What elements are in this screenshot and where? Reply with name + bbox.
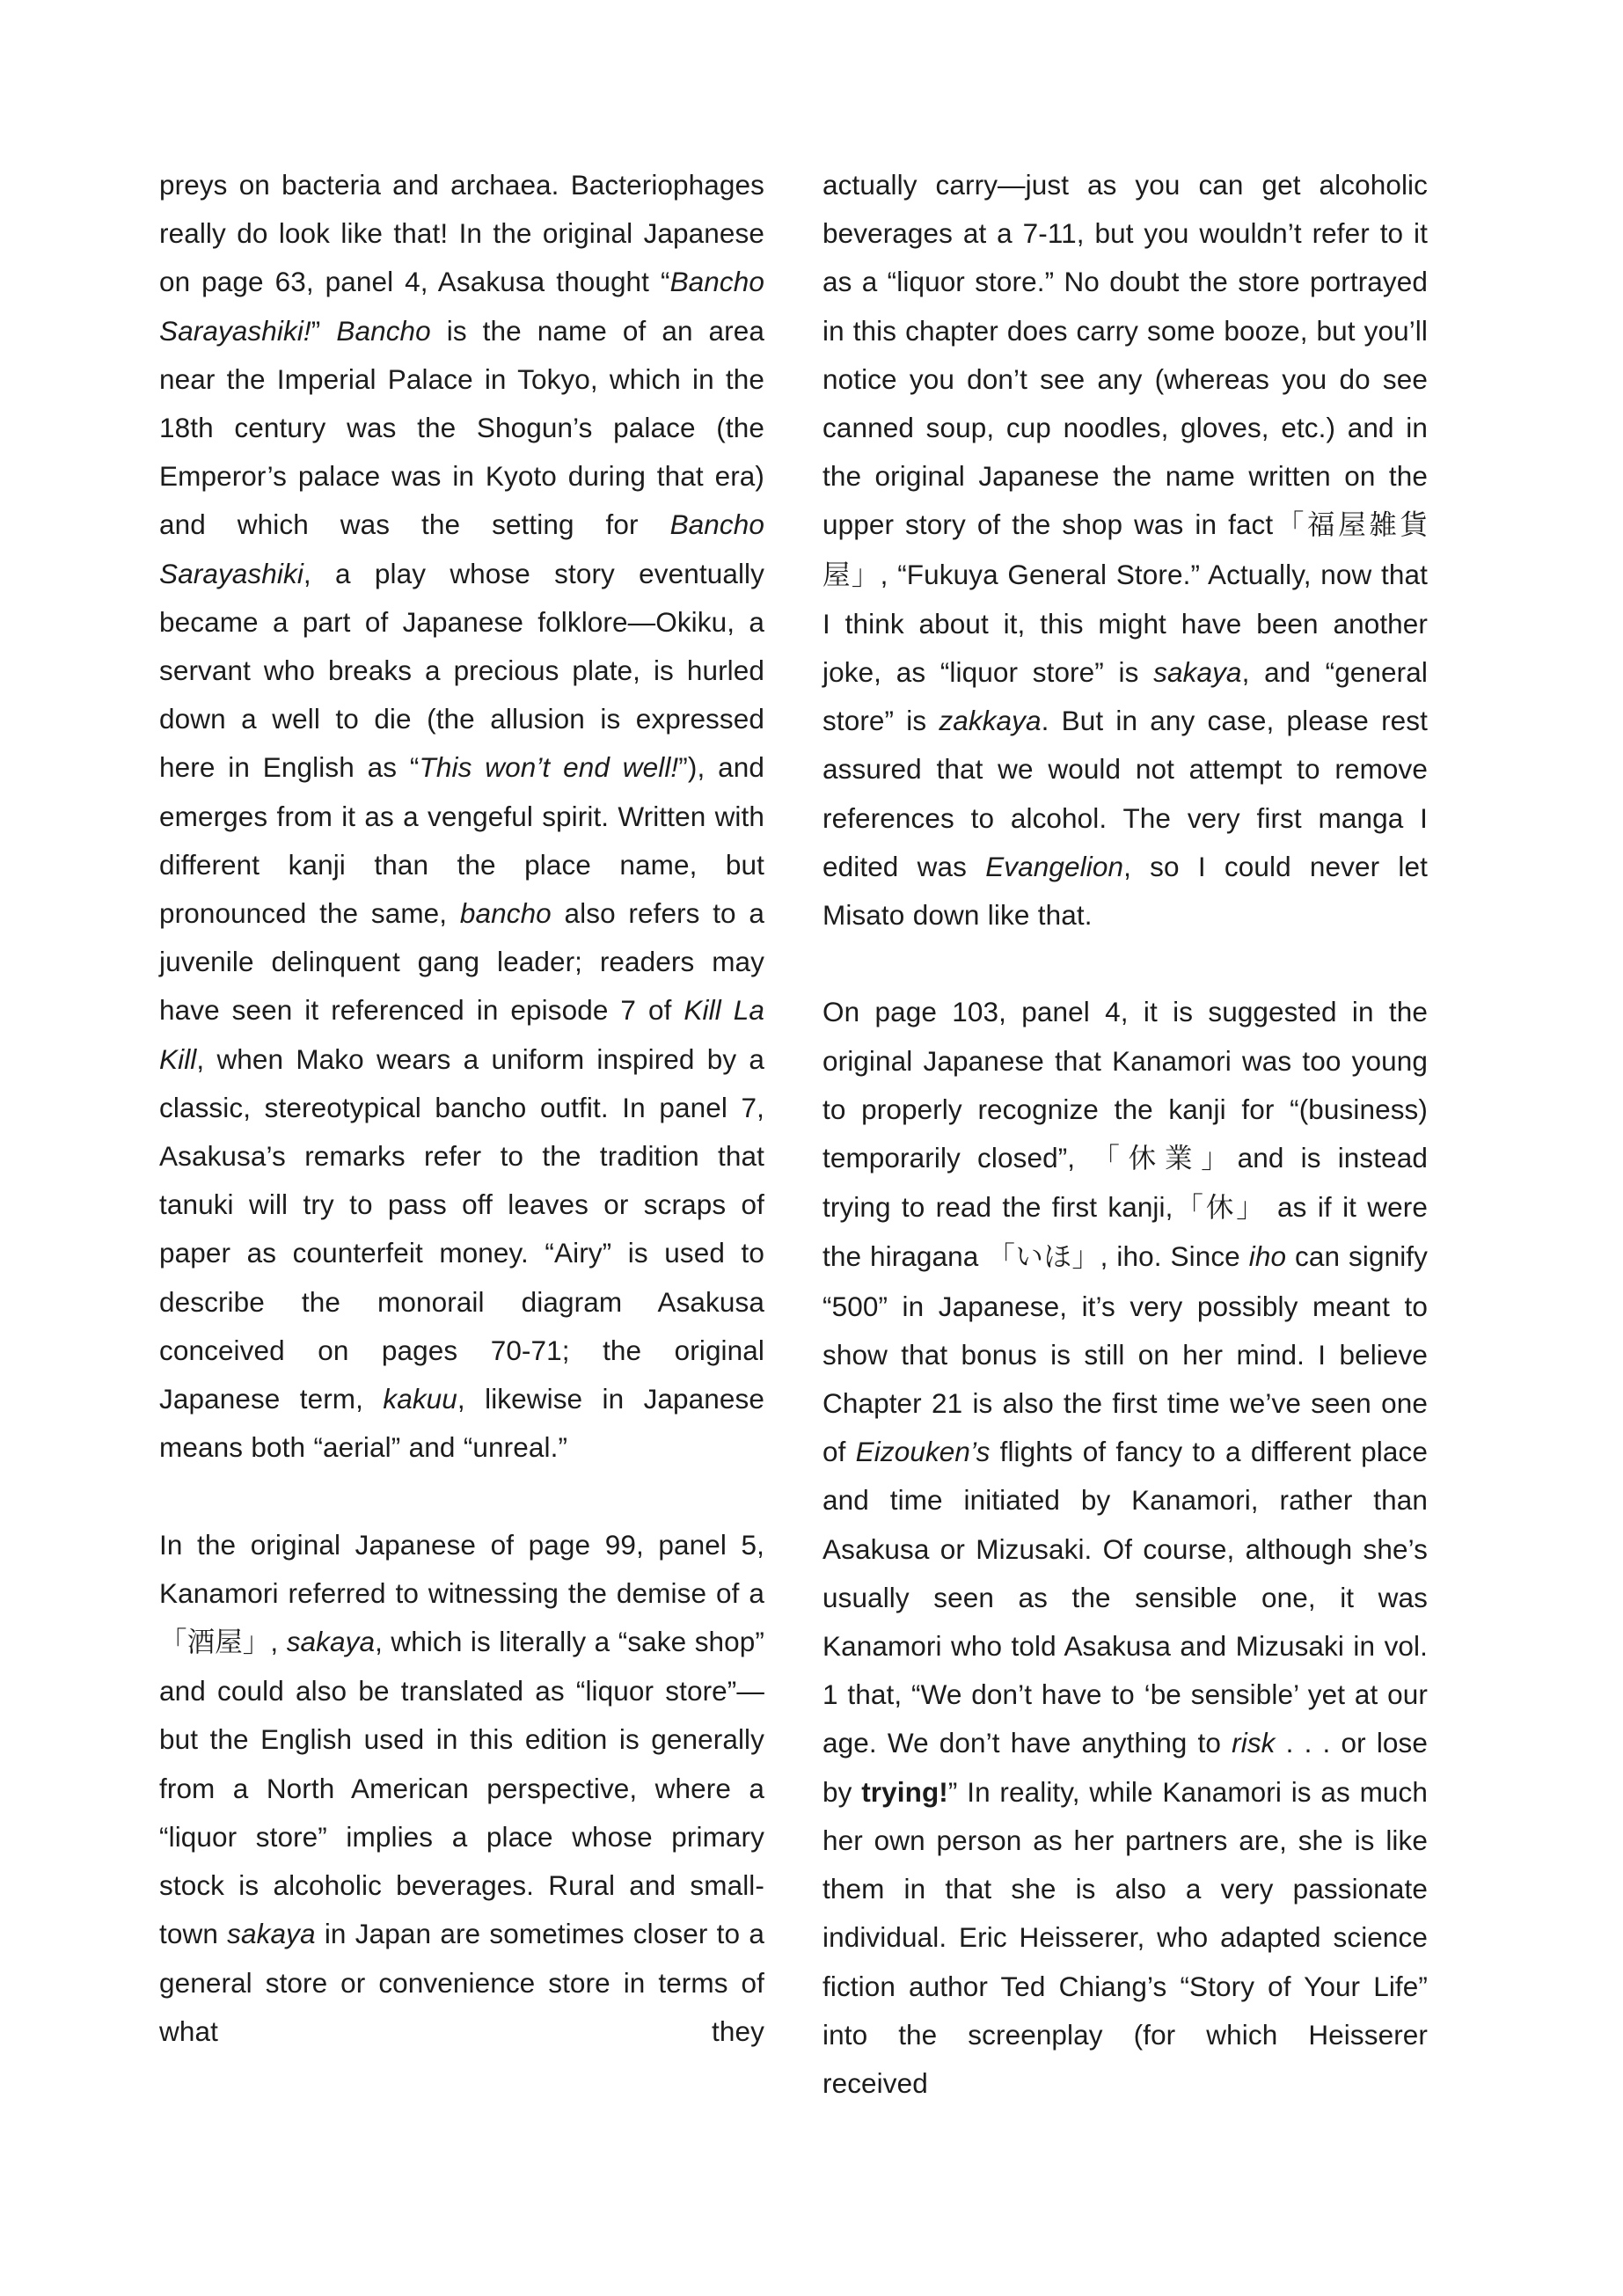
text-segment: , a play whose story eventually became a…	[159, 558, 764, 784]
text-segment: ” In reality, while Kanamori is as much …	[822, 1776, 1428, 2099]
italic-term-sakaya: sakaya	[287, 1626, 375, 1657]
text-segment: In the original Japanese of page 99, pan…	[159, 1529, 764, 1609]
italic-term-bancho: Bancho	[336, 315, 430, 347]
document-page: preys on bacteria and archaea. Bacteriop…	[0, 0, 1623, 2296]
italic-term-bancho-lower: bancho	[460, 897, 552, 929]
text-segment: is the name of an area near the Imperial…	[159, 315, 764, 541]
italic-title-evangelion: Evangelion	[985, 851, 1123, 882]
japanese-text-iho-hiragana: 「いほ」	[987, 1241, 1100, 1273]
paragraph-sakaya-notes: In the original Japanese of page 99, pan…	[159, 1521, 764, 2056]
japanese-text-sakaya-kanji: 「酒屋」	[159, 1627, 270, 1658]
italic-term-sakaya-2: sakaya	[227, 1918, 315, 1949]
text-segment: , iho. Since	[1100, 1240, 1249, 1272]
italic-word-risk: risk	[1232, 1727, 1275, 1759]
text-segment: actually carry—just as you can get alcoh…	[822, 169, 1428, 540]
italic-term-iho: iho	[1249, 1240, 1286, 1272]
paragraph-fukuya-general-store-notes: actually carry—just as you can get alcoh…	[822, 161, 1428, 940]
italic-term-zakkaya: zakkaya	[939, 705, 1041, 736]
left-column: preys on bacteria and archaea. Bacteriop…	[159, 161, 764, 2056]
italic-quote-this-wont-end-well: This won’t end well!	[420, 751, 679, 783]
text-segment: ,	[270, 1626, 286, 1657]
right-column: actually carry—just as you can get alcoh…	[822, 161, 1428, 2108]
paragraph-bacteriophage-bancho-notes: preys on bacteria and archaea. Bacteriop…	[159, 161, 764, 1472]
japanese-text-kyuugyou: 「休業」	[1092, 1143, 1237, 1174]
text-segment: ”	[311, 315, 337, 347]
text-segment: , which is literally a “sake shop” and c…	[159, 1626, 764, 1949]
italic-term-kakuu: kakuu	[383, 1383, 457, 1415]
text-segment: , when Mako wears a uniform inspired by …	[159, 1043, 764, 1415]
paragraph-kyuugyou-kanamori-notes: On page 103, panel 4, it is suggested in…	[822, 988, 1428, 2108]
text-segment: can signify “500” in Japanese, it’s very…	[822, 1240, 1428, 1467]
italic-title-eizouken: Eizouken’s	[856, 1436, 991, 1467]
japanese-text-kyuu: 「休」	[1173, 1192, 1266, 1224]
text-segment: flights of fancy to a different place an…	[822, 1436, 1428, 1759]
italic-term-sakaya: sakaya	[1153, 656, 1241, 688]
bold-word-trying: trying!	[861, 1776, 948, 1808]
